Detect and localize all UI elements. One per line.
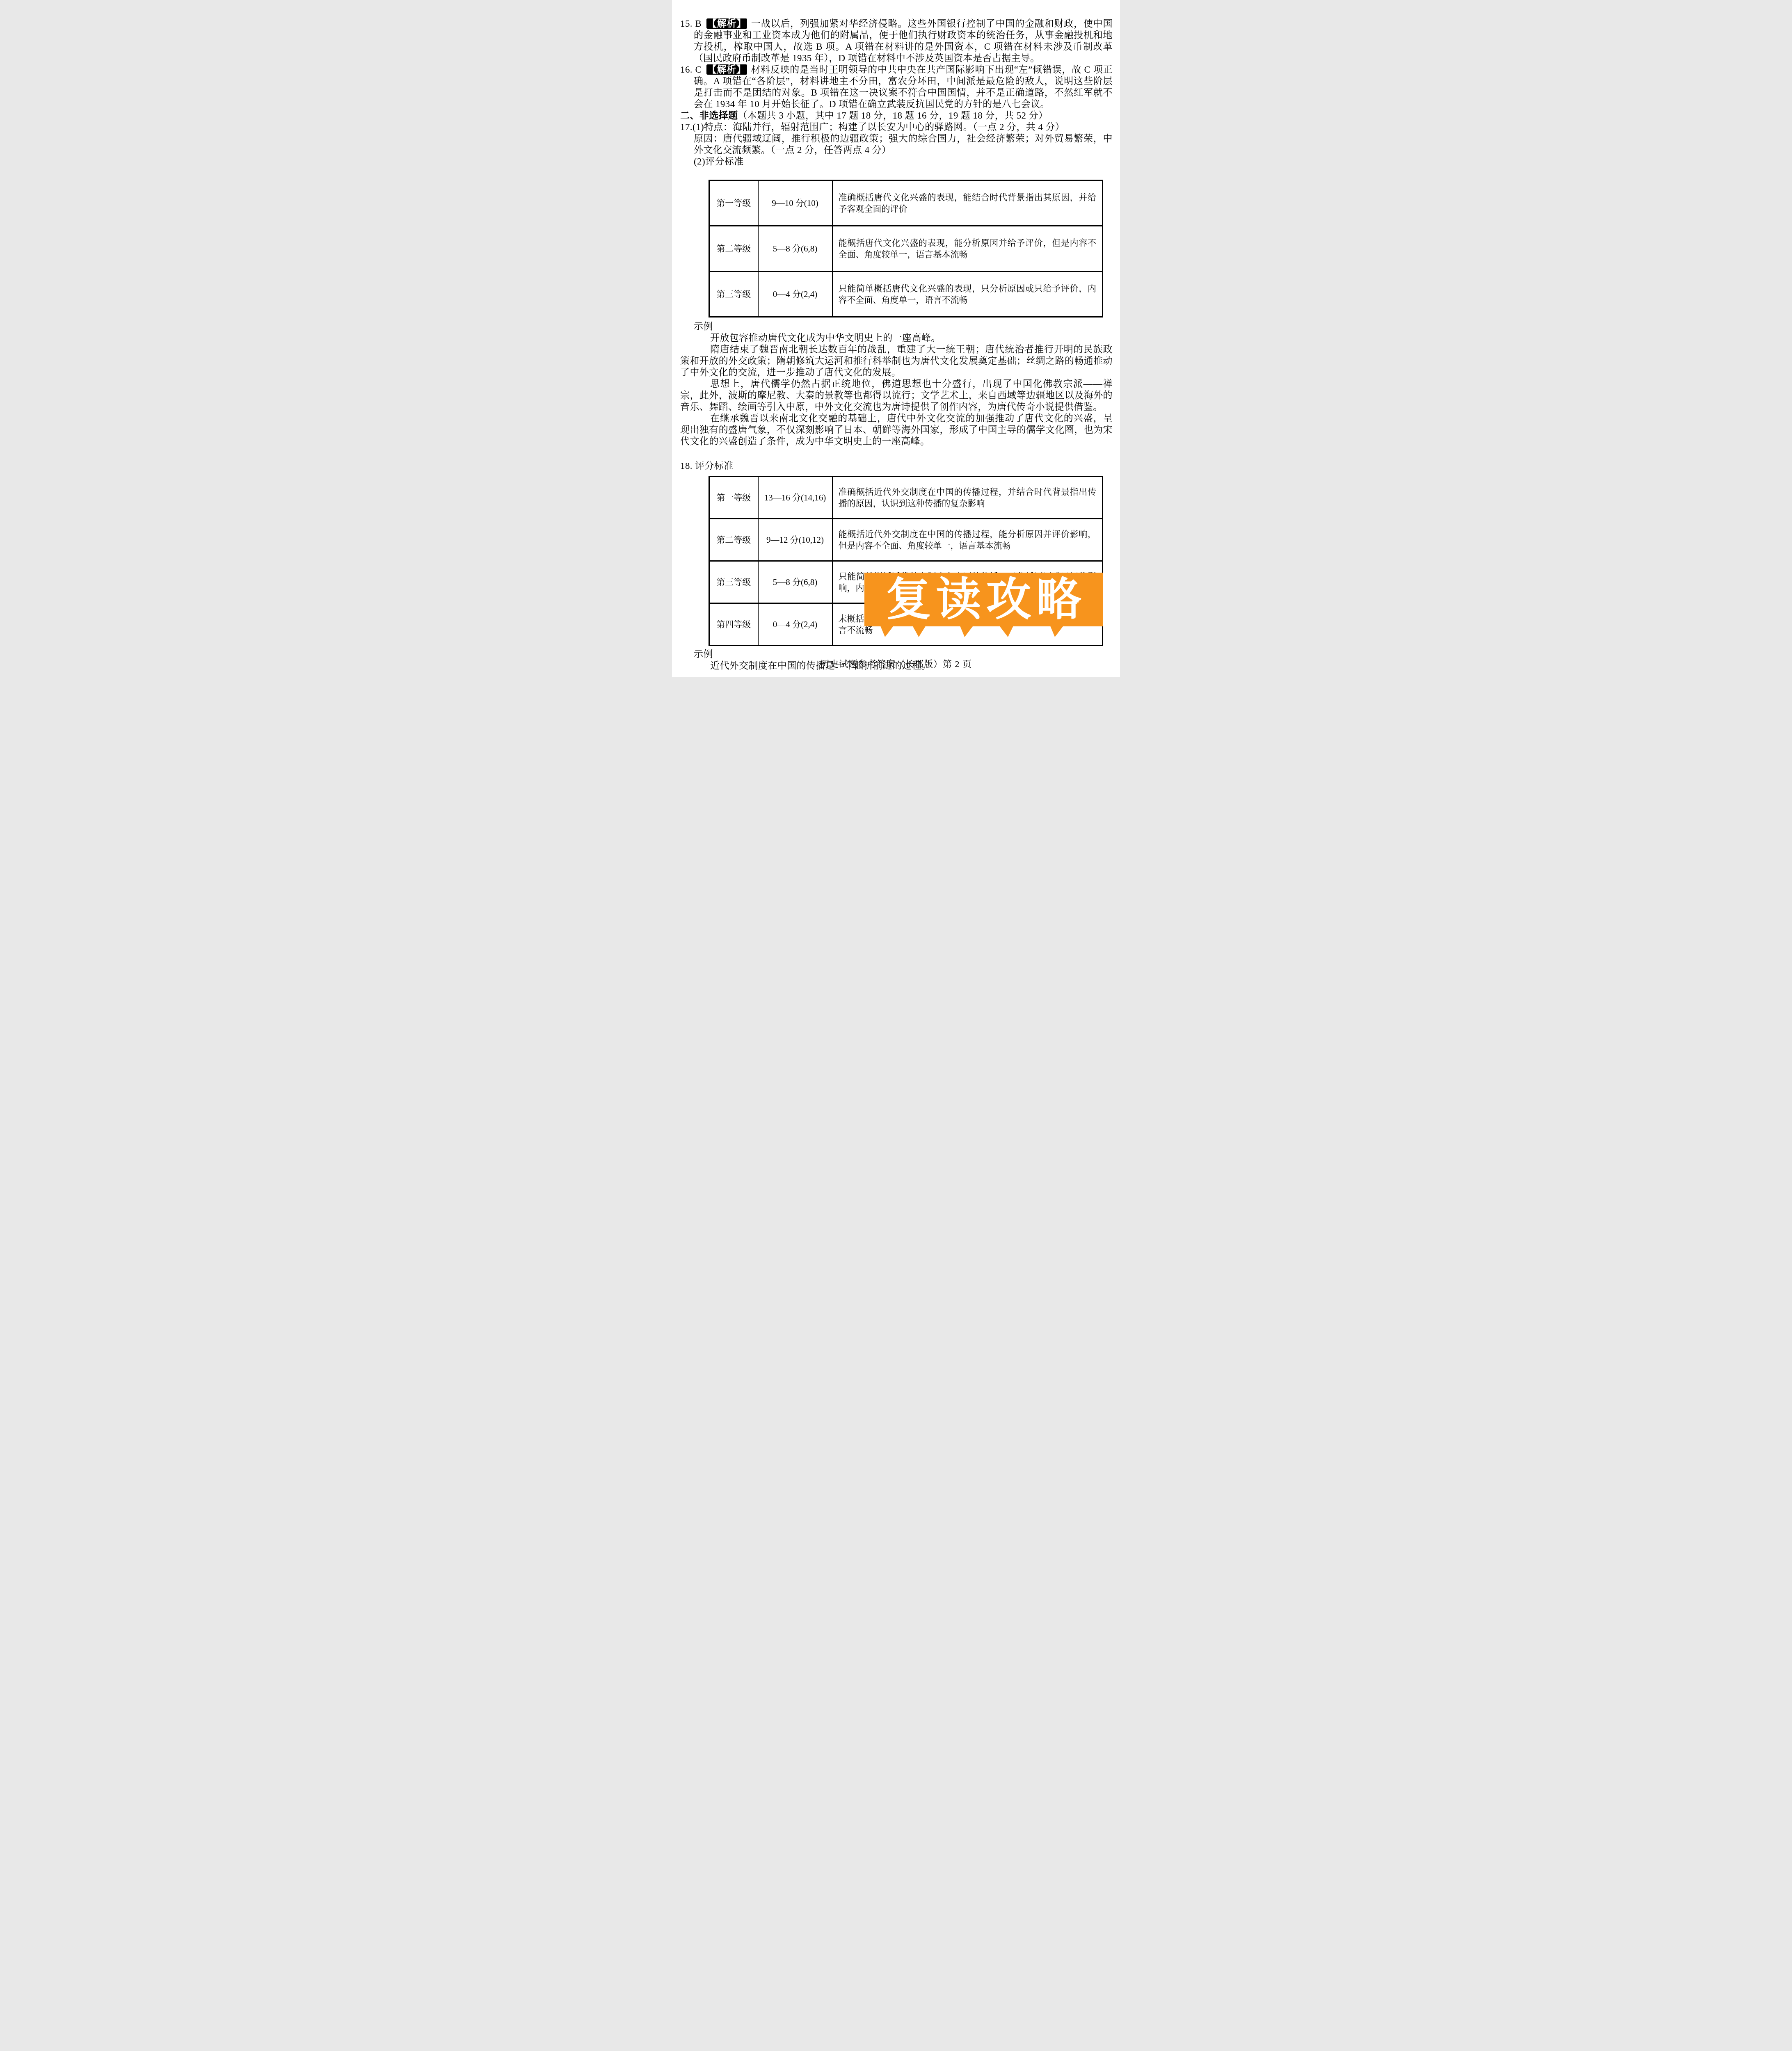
example17-paragraph-3: 思想上，唐代儒学仍然占据正统地位，佛道思想也十分盛行，出现了中国化佛教宗派——禅… bbox=[680, 378, 1113, 413]
lower-content: 18. 评分标准 第一等级 13—16 分(14,16) 准确概括近代外交制度在… bbox=[680, 460, 1113, 671]
watermark-text: 复读攻略 bbox=[881, 577, 1086, 622]
page-footer: 历史试题参考答案（长郡版）第 2 页 bbox=[672, 657, 1120, 670]
table-row: 第二等级 9—12 分(10,12) 能概括近代外交制度在中国的传播过程，能分析… bbox=[709, 519, 1103, 561]
section-title: 二、非选择题 bbox=[680, 110, 738, 121]
analysis-chip-15: 【解析】 bbox=[706, 18, 747, 29]
rubric-level-cell: 第一等级 bbox=[709, 180, 758, 226]
rubric-score-cell: 13—16 分(14,16) bbox=[758, 477, 832, 519]
rubric-desc-cell: 能概括唐代文化兴盛的表现，能分析原因并给予评价，但是内容不全面、角度较单一，语言… bbox=[832, 226, 1103, 272]
answer-sheet-page: 15. B 【解析】 一战以后，列强加紧对华经济侵略。这些外国银行控制了中国的金… bbox=[672, 0, 1120, 677]
rubric-desc-cell: 准确概括近代外交制度在中国的传播过程，并结合时代背景指出传播的原因，认识到这种传… bbox=[832, 477, 1103, 519]
example17-label: 示例 bbox=[694, 321, 1113, 332]
analysis-chip-16: 【解析】 bbox=[706, 64, 747, 75]
q18-rubric-heading: 18. 评分标准 bbox=[680, 460, 1113, 472]
rubric-level-cell: 第四等级 bbox=[709, 603, 758, 646]
rubric-level-cell: 第二等级 bbox=[709, 519, 758, 561]
repeat-study-watermark: 复读攻略 bbox=[864, 573, 1103, 626]
q17-answer-line2: 原因：唐代疆域辽阔，推行积极的边疆政策；强大的综合国力，社会经济繁荣；对外贸易繁… bbox=[694, 133, 1113, 156]
answer-text-16: 材料反映的是当时王明领导的中共中央在共产国际影响下出现“左”倾错误，故 C 项正… bbox=[694, 64, 1113, 109]
table-row: 第一等级 13—16 分(14,16) 准确概括近代外交制度在中国的传播过程，并… bbox=[709, 477, 1103, 519]
q17-rubric-table: 第一等级 9—10 分(10) 准确概括唐代文化兴盛的表现，能结合时代背景指出其… bbox=[709, 180, 1103, 317]
answer-text-15: 一战以后，列强加紧对华经济侵略。这些外国银行控制了中国的金融和财政，使中国的金融… bbox=[694, 18, 1113, 63]
table-row: 第一等级 9—10 分(10) 准确概括唐代文化兴盛的表现，能结合时代背景指出其… bbox=[709, 180, 1103, 226]
q17-rubric-heading: (2)评分标准 bbox=[694, 156, 1113, 167]
rubric-level-cell: 第三等级 bbox=[709, 561, 758, 603]
example17-paragraph-2: 隋唐结束了魏晋南北朝长达数百年的战乱，重建了大一统王朝；唐代统治者推行开明的民族… bbox=[680, 344, 1113, 378]
section-score-note: （本题共 3 小题，其中 17 题 18 分，18 题 16 分，19 题 18… bbox=[738, 110, 1048, 121]
section-header: 二、非选择题（本题共 3 小题，其中 17 题 18 分，18 题 16 分，1… bbox=[680, 110, 1113, 121]
answer-item-16: 16. C 【解析】 材料反映的是当时王明领导的中共中央在共产国际影响下出现“左… bbox=[680, 64, 1113, 110]
example17-paragraph-1: 开放包容推动唐代文化成为中华文明史上的一座高峰。 bbox=[680, 332, 1113, 344]
table-row: 第二等级 5—8 分(6,8) 能概括唐代文化兴盛的表现，能分析原因并给予评价，… bbox=[709, 226, 1103, 272]
rubric-desc-cell: 能概括近代外交制度在中国的传播过程，能分析原因并评价影响，但是内容不全面、角度较… bbox=[832, 519, 1103, 561]
rubric-score-cell: 5—8 分(6,8) bbox=[758, 226, 832, 272]
answer-number-16: 16. C bbox=[680, 64, 702, 75]
rubric-score-cell: 5—8 分(6,8) bbox=[758, 561, 832, 603]
rubric-level-cell: 第三等级 bbox=[709, 272, 758, 317]
answer-number-15: 15. B bbox=[680, 18, 702, 29]
rubric-score-cell: 0—4 分(2,4) bbox=[758, 272, 832, 317]
table-row: 第三等级 0—4 分(2,4) 只能简单概括唐代文化兴盛的表现，只分析原因或只给… bbox=[709, 272, 1103, 317]
rubric-level-cell: 第一等级 bbox=[709, 477, 758, 519]
rubric-desc-cell: 只能简单概括唐代文化兴盛的表现，只分析原因或只给予评价，内容不全面、角度单一，语… bbox=[832, 272, 1103, 317]
rubric-score-cell: 0—4 分(2,4) bbox=[758, 603, 832, 646]
rubric-score-cell: 9—12 分(10,12) bbox=[758, 519, 832, 561]
example17-paragraph-4: 在继承魏晋以来南北文化交融的基础上，唐代中外文化交流的加强推动了唐代文化的兴盛，… bbox=[680, 413, 1113, 447]
rubric-desc-cell: 准确概括唐代文化兴盛的表现，能结合时代背景指出其原因，并给予客观全面的评价 bbox=[832, 180, 1103, 226]
q17-answer-line1: 17.(1)特点：海陆并行，辐射范围广；构建了以长安为中心的驿路网。（一点 2 … bbox=[680, 121, 1113, 133]
rubric-level-cell: 第二等级 bbox=[709, 226, 758, 272]
answer-item-15: 15. B 【解析】 一战以后，列强加紧对华经济侵略。这些外国银行控制了中国的金… bbox=[680, 18, 1113, 64]
upper-content: 15. B 【解析】 一战以后，列强加紧对华经济侵略。这些外国银行控制了中国的金… bbox=[680, 18, 1113, 447]
rubric-score-cell: 9—10 分(10) bbox=[758, 180, 832, 226]
